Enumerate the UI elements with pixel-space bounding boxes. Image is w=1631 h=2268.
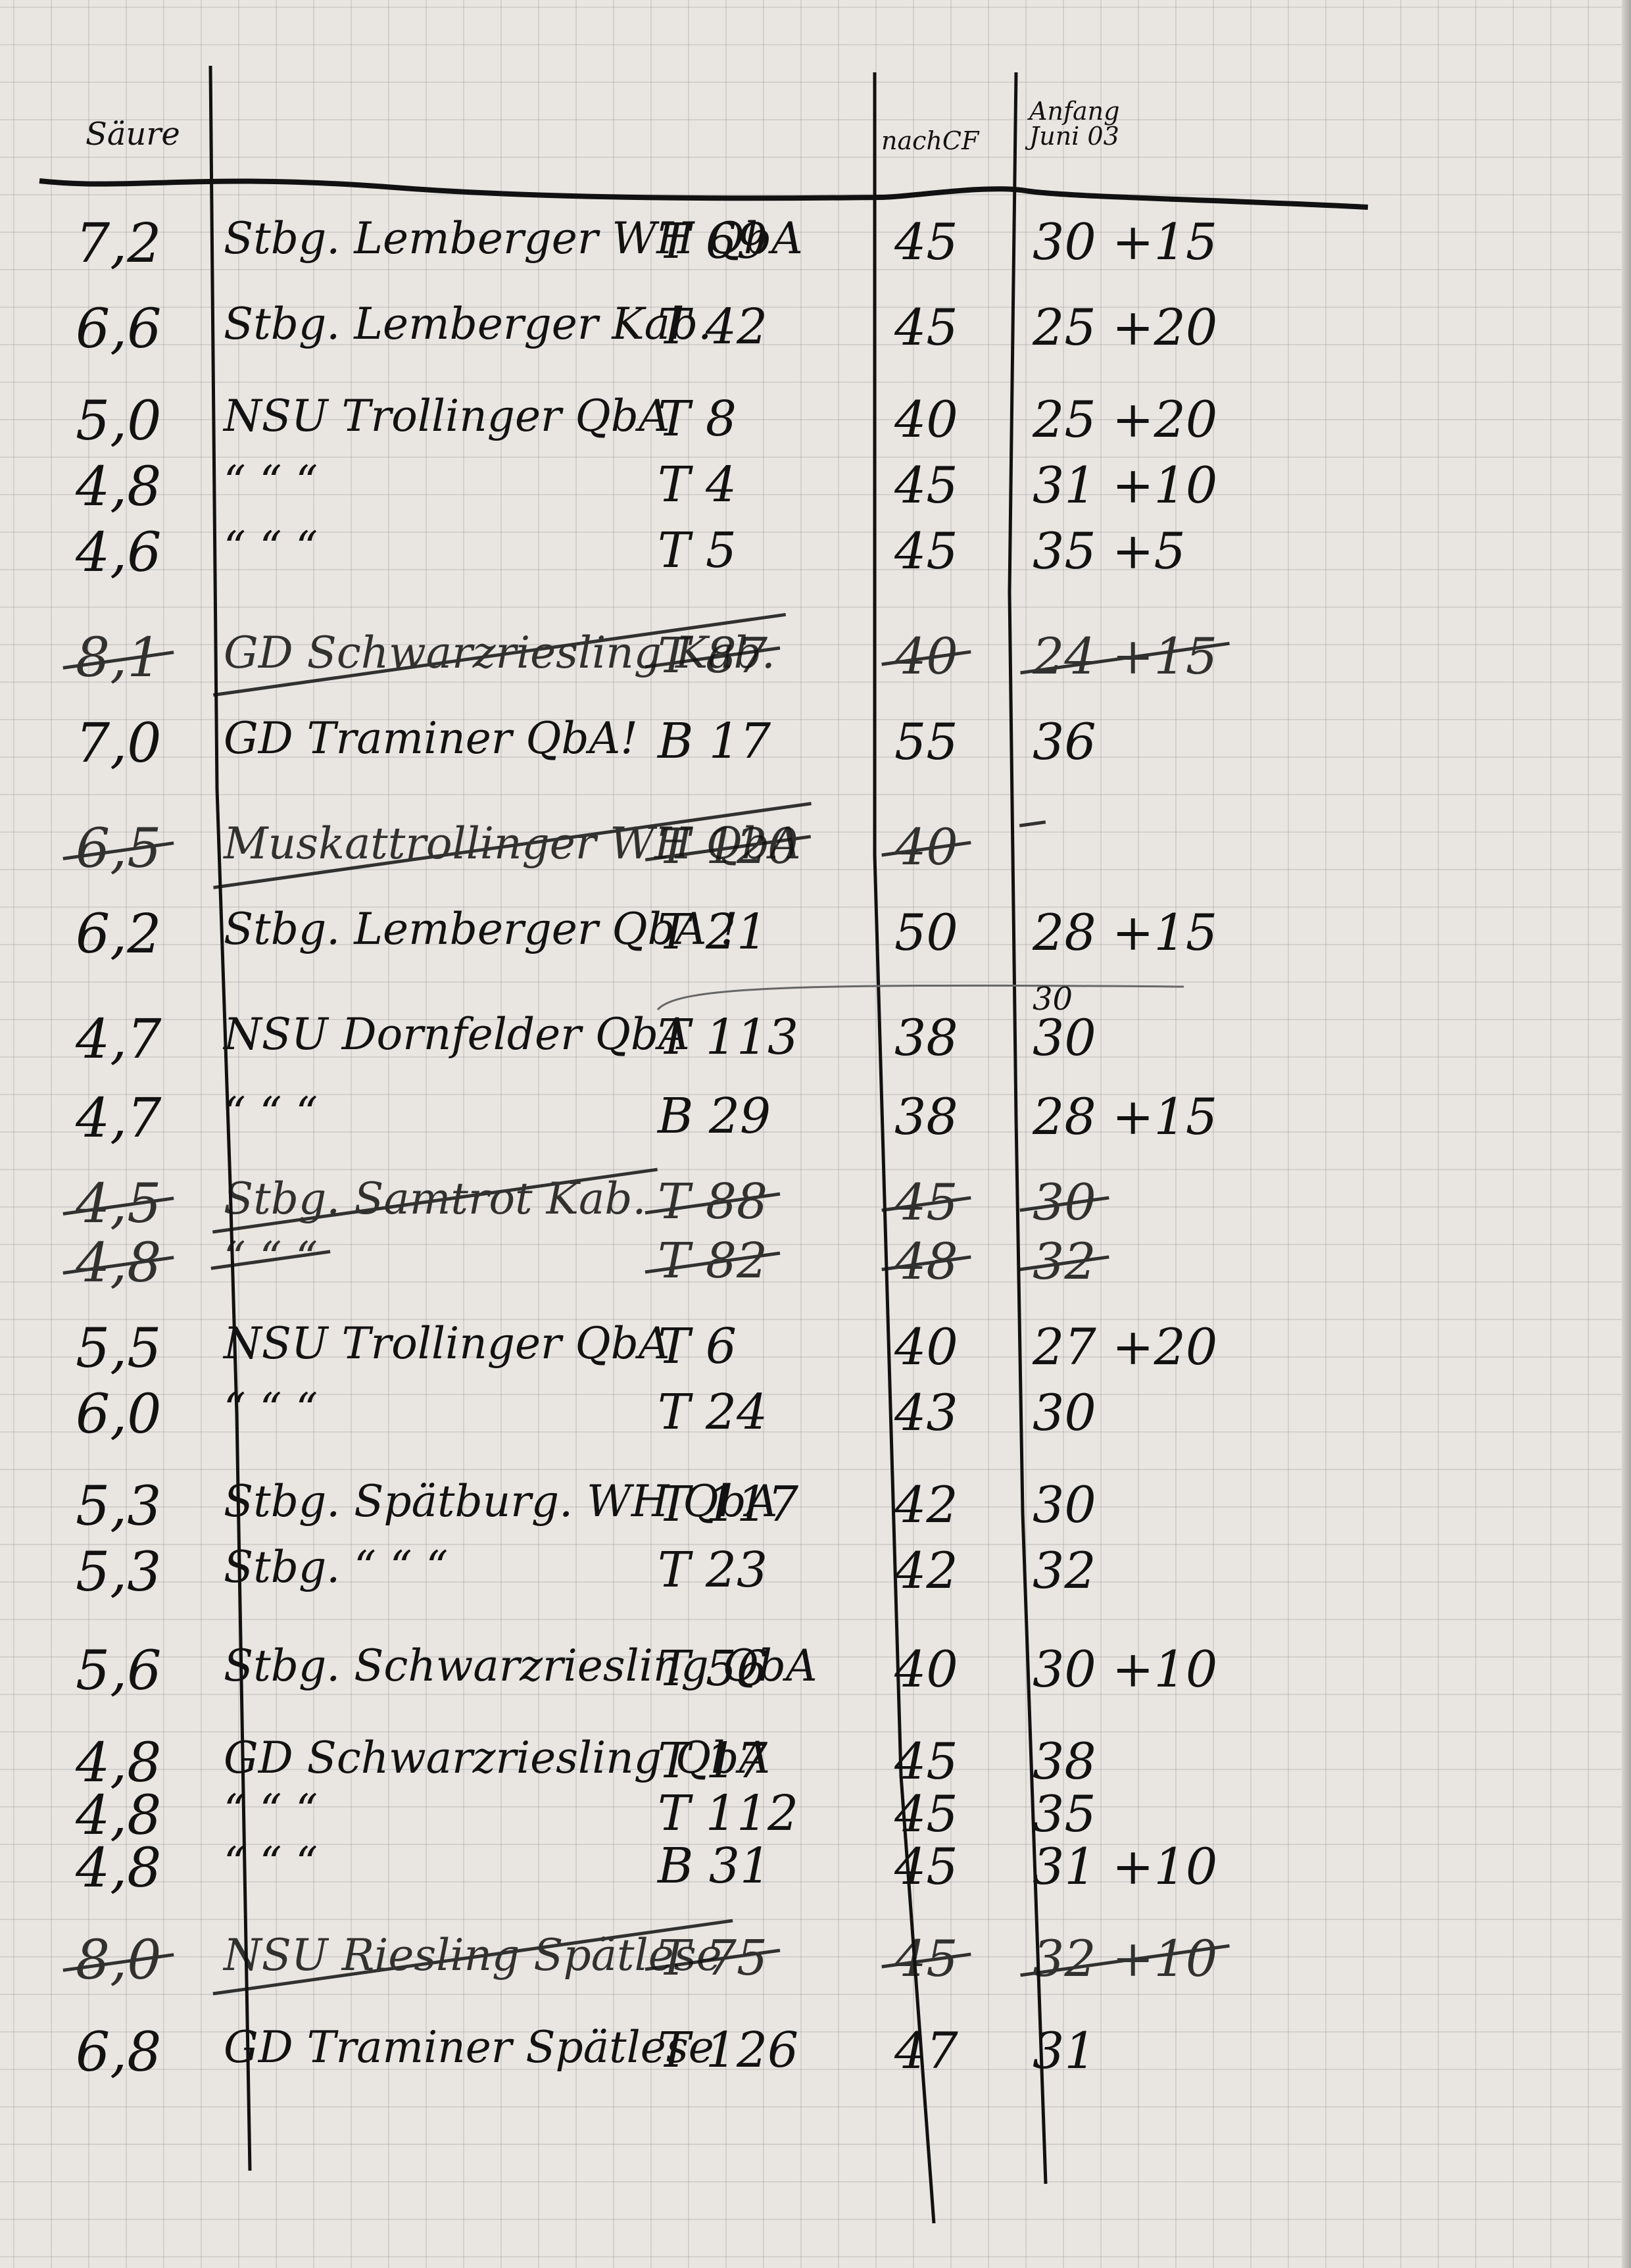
row-cf: 40	[894, 1644, 958, 1694]
row-start: 24 +15	[1033, 631, 1217, 681]
row-start: 32 +10	[1033, 1934, 1217, 1984]
row-code: T 113	[658, 1013, 798, 1062]
row-acid: 4,8	[76, 1237, 161, 1291]
row-code: T 126	[658, 2026, 798, 2075]
row-code: B 31	[658, 1842, 771, 1890]
row-start: 30	[1033, 1013, 1096, 1063]
row-cf: 42	[894, 1546, 958, 1596]
row-wine: Stbg. Lemberger Kab.	[224, 303, 712, 346]
row-cf: 45	[894, 1737, 958, 1787]
row-wine: NSU Riesling Spätlese	[224, 1934, 722, 1977]
row-start: 27 +20	[1033, 1322, 1217, 1372]
row-code: T 75	[658, 1934, 767, 1983]
row-start: 25 +20	[1033, 395, 1217, 445]
row-acid: 5,0	[76, 395, 161, 449]
row-acid: 4,7	[76, 1092, 161, 1146]
row-cf: 40	[894, 631, 958, 681]
row-cf: 45	[894, 1842, 958, 1892]
row-start-note: 30	[1033, 983, 1073, 1015]
row-acid: 8,0	[76, 1934, 161, 1988]
row-code: T 69	[658, 217, 767, 266]
row-cf: 45	[894, 1177, 958, 1227]
row-cf: 45	[894, 303, 958, 353]
row-code: T 23	[658, 1546, 767, 1594]
header-after-cf: nachCF	[881, 128, 979, 153]
row-code: T 24	[658, 1388, 767, 1437]
row-acid: 4,7	[76, 1013, 161, 1067]
row-code: T 6	[658, 1322, 737, 1371]
row-cf: 47	[894, 2026, 958, 2076]
row-code: T 117	[658, 1480, 798, 1529]
row-start: 28 +15	[1033, 1092, 1217, 1142]
row-cf: 45	[894, 217, 958, 267]
row-acid: 4,8	[76, 1842, 161, 1896]
row-acid: 6,0	[76, 1388, 161, 1442]
row-start: 30	[1033, 1480, 1096, 1530]
row-acid: 5,3	[76, 1546, 161, 1600]
row-start: 38	[1033, 1737, 1096, 1787]
row-code: T 8	[658, 395, 737, 443]
row-cf: 40	[894, 1322, 958, 1372]
row-cf: 55	[894, 717, 958, 767]
row-code: T 112	[658, 1789, 798, 1838]
row-cf: 38	[894, 1013, 958, 1063]
row-acid: 6,6	[76, 303, 161, 357]
row-wine: Stbg. “ “ “	[224, 1546, 448, 1589]
header-start-june: Anfang Juni 03	[1029, 99, 1141, 149]
row-start: 31	[1033, 2026, 1096, 2076]
row-start: 30 +10	[1033, 1644, 1217, 1694]
row-cf: 50	[894, 908, 958, 958]
row-acid: 4,5	[76, 1177, 161, 1231]
row-code: T 17	[658, 1737, 767, 1785]
row-code: T 42	[658, 303, 767, 351]
row-wine: NSU Trollinger QbA	[224, 395, 670, 438]
row-cf: 40	[894, 395, 958, 445]
row-wine: GD Traminer QbA!	[224, 717, 638, 760]
row-code: B 17	[658, 717, 771, 766]
row-start: 36	[1033, 717, 1096, 767]
row-start: 30 +15	[1033, 217, 1217, 267]
row-code: T 82	[658, 1237, 767, 1285]
row-acid: 5,3	[76, 1480, 161, 1534]
row-cf: 42	[894, 1480, 958, 1530]
row-acid: 6,2	[76, 908, 161, 962]
row-start: 30	[1033, 1388, 1096, 1438]
row-code: B 29	[658, 1092, 771, 1141]
row-start: 30	[1033, 1177, 1096, 1227]
row-cf: 45	[894, 526, 958, 576]
row-code: T 21	[658, 908, 767, 956]
row-code: T 5	[658, 526, 737, 575]
row-cf: 45	[894, 460, 958, 510]
row-start: 25 +20	[1033, 303, 1217, 353]
row-wine: NSU Dornfelder QbA	[224, 1013, 690, 1056]
row-code: T 87	[658, 631, 767, 680]
row-acid: 5,6	[76, 1644, 161, 1698]
row-wine: “ “ “	[224, 460, 318, 504]
header-acid: Säure	[85, 118, 180, 150]
row-cf: 45	[894, 1789, 958, 1839]
row-acid: 6,8	[76, 2026, 161, 2080]
row-code: T 4	[658, 460, 737, 509]
row-acid: 4,8	[76, 1789, 161, 1843]
row-wine: GD Traminer Spätlese	[224, 2026, 714, 2069]
row-start: 35 +5	[1033, 526, 1186, 576]
row-code: T 56	[658, 1644, 767, 1693]
row-wine: “ “ “	[224, 1842, 318, 1885]
row-start: 32	[1033, 1237, 1096, 1287]
row-cf: 48	[894, 1237, 958, 1287]
row-start: 32	[1033, 1546, 1096, 1596]
row-acid: 6,5	[76, 822, 161, 876]
row-acid: 8,1	[76, 631, 161, 685]
row-acid: 7,0	[76, 717, 161, 771]
row-acid: 4,8	[76, 460, 161, 514]
row-wine: “ “ “	[224, 1388, 318, 1431]
row-cf: 43	[894, 1388, 958, 1438]
row-start: 31 +10	[1033, 1842, 1217, 1892]
row-wine: “ “ “	[224, 1789, 318, 1833]
row-acid: 5,5	[76, 1322, 161, 1376]
row-acid: 4,8	[76, 1737, 161, 1790]
row-code: T 88	[658, 1177, 767, 1226]
row-cf: 38	[894, 1092, 958, 1142]
row-code: T 120	[658, 822, 798, 871]
row-wine: NSU Trollinger QbA	[224, 1322, 670, 1366]
row-wine: Stbg. Samtrot Kab.	[224, 1177, 646, 1221]
row-start: 31 +10	[1033, 460, 1217, 510]
row-cf: 40	[894, 822, 958, 872]
row-cf: 45	[894, 1934, 958, 1984]
row-start: 35	[1033, 1789, 1096, 1839]
row-wine: “ “ “	[224, 526, 318, 570]
row-wine: “ “ “	[224, 1237, 318, 1280]
row-wine: “ “ “	[224, 1092, 318, 1135]
row-start: 28 +15	[1033, 908, 1217, 958]
row-acid: 4,6	[76, 526, 161, 580]
row-acid: 7,2	[76, 217, 161, 271]
